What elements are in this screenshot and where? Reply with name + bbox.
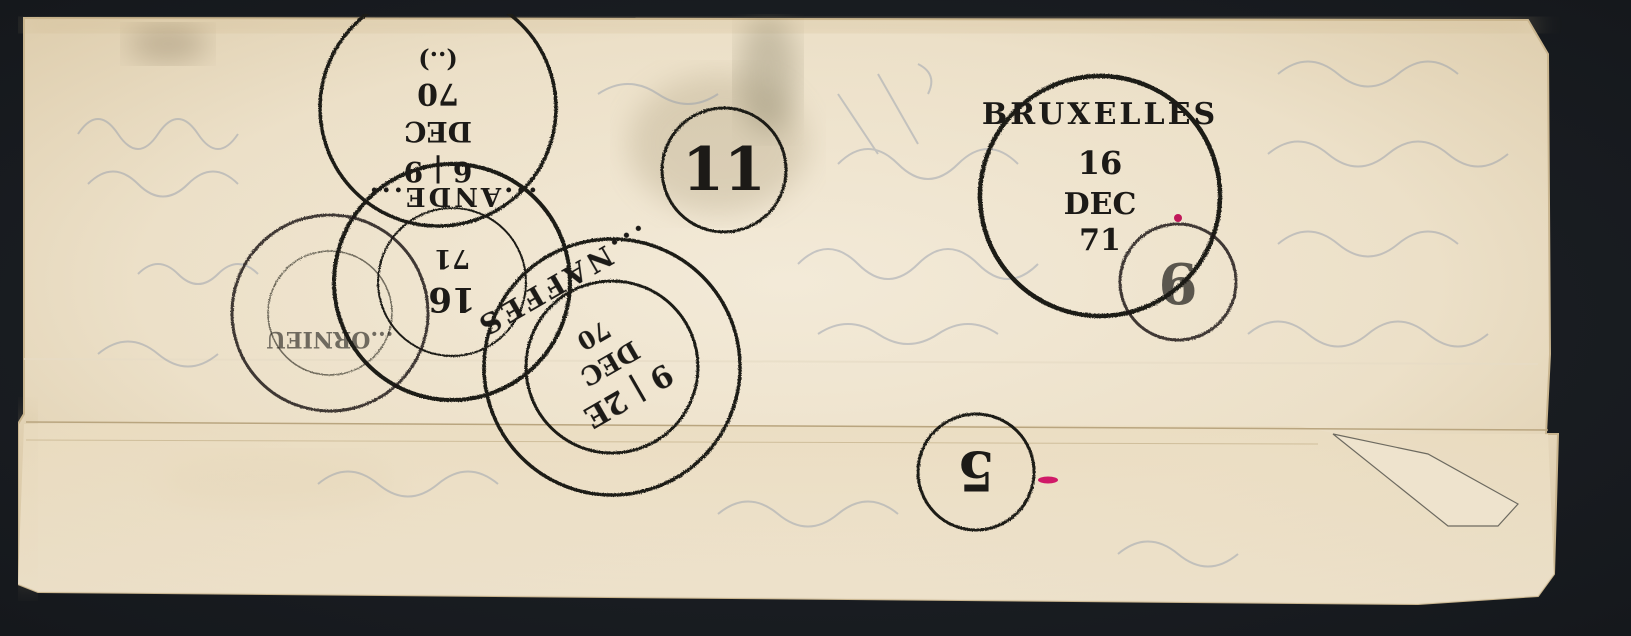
svg-text:71: 71 [434, 243, 470, 273]
svg-text:6: 6 [1159, 252, 1198, 318]
red-mark [1038, 477, 1058, 484]
svg-text:DEC: DEC [404, 115, 472, 148]
letter-cover: 6 | 9 DEC 70 (..) 16 71 ...ANDE... ...OR… [18, 14, 1612, 616]
svg-text:(..): (..) [418, 46, 457, 75]
svg-text:16: 16 [1078, 144, 1123, 182]
svg-text:BRUXELLES: BRUXELLES [982, 97, 1218, 132]
svg-text:DEC: DEC [1064, 187, 1137, 222]
svg-text:16: 16 [428, 279, 475, 319]
svg-text:...ORNIEU: ...ORNIEU [267, 326, 394, 352]
cover-artwork: 6 | 9 DEC 70 (..) 16 71 ...ANDE... ...OR… [18, 14, 1612, 616]
svg-text:5: 5 [957, 439, 995, 503]
svg-text:...ANDE...: ...ANDE... [367, 181, 538, 211]
svg-text:70: 70 [417, 76, 459, 111]
svg-text:71: 71 [1079, 223, 1121, 258]
lower-flap [18, 424, 1554, 604]
red-mark [1174, 214, 1182, 222]
svg-text:11: 11 [682, 135, 766, 205]
